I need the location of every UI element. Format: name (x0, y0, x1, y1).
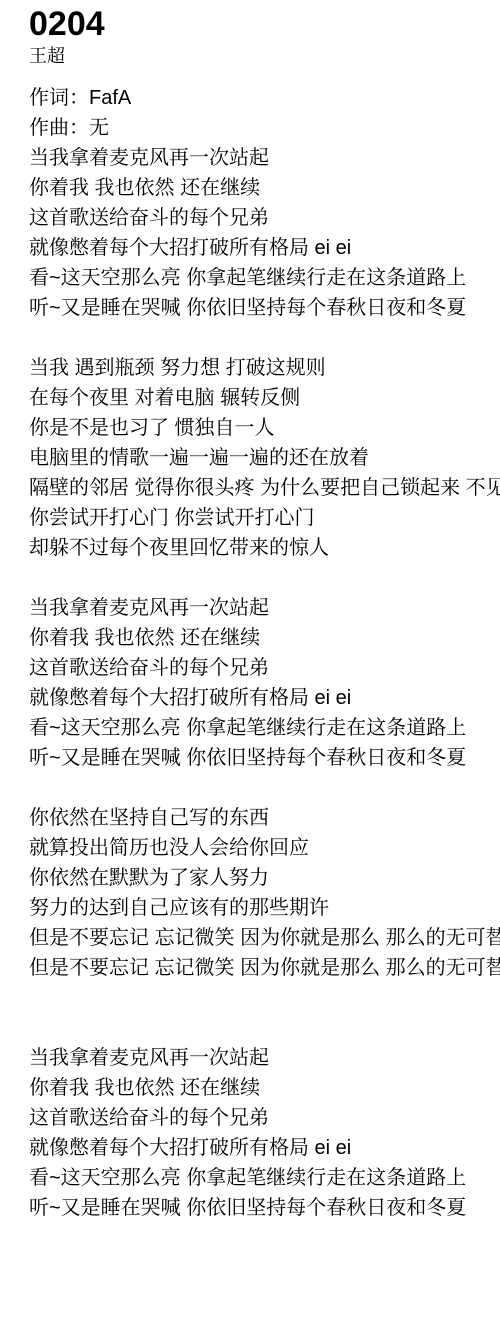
lyric-line: 你着我 我也依然 还在继续 (29, 173, 500, 203)
lyric-line: 你尝试开打心门 你尝试开打心门 (29, 503, 500, 533)
lyric-line: 就像憋着每个大招打破所有格局 ei ei (29, 1133, 500, 1163)
lyric-line: 当我 遇到瓶颈 努力想 打破这规则 (29, 353, 500, 383)
lyric-line: 却躲不过每个夜里回忆带来的惊人 (29, 533, 500, 563)
lyric-line: 听~又是睡在哭喊 你依旧坚持每个春秋日夜和冬夏 (29, 1193, 500, 1223)
lyric-line: 看~这天空那么亮 你拿起笔继续行走在这条道路上 (29, 263, 500, 293)
lyric-line: 电脑里的情歌一遍一遍一遍的还在放着 (29, 443, 500, 473)
lyricist-line: 作词：FafA (29, 83, 500, 113)
stanza: 当我拿着麦克风再一次站起你着我 我也依然 还在继续这首歌送给奋斗的每个兄弟就像憋… (29, 593, 500, 773)
lyric-line: 你是不是也习了 惯独自一人 (29, 413, 500, 443)
lyric-line: 你依然在默默为了家人努力 (29, 863, 500, 893)
lyric-line: 当我拿着麦克风再一次站起 (29, 593, 500, 623)
lyric-line: 听~又是睡在哭喊 你依旧坚持每个春秋日夜和冬夏 (29, 293, 500, 323)
lyric-line: 就像憋着每个大招打破所有格局 ei ei (29, 683, 500, 713)
lyric-line: 但是不要忘记 忘记微笑 因为你就是那么 那么的无可替 (29, 923, 500, 953)
lyric-line: 听~又是睡在哭喊 你依旧坚持每个春秋日夜和冬夏 (29, 743, 500, 773)
lyrics-page: 0204 王超 作词：FafA 作曲：无 当我拿着麦克风再一次站起你着我 我也依… (0, 0, 500, 1223)
composer-line: 作曲：无 (29, 113, 500, 143)
lyric-line: 努力的达到自己应该有的那些期许 (29, 893, 500, 923)
lyric-line: 就算投出简历也没人会给你回应 (29, 833, 500, 863)
stanza: 当我 遇到瓶颈 努力想 打破这规则在每个夜里 对着电脑 辗转反侧你是不是也习了 … (29, 353, 500, 563)
artist-name: 王超 (29, 44, 500, 68)
song-meta: 作词：FafA 作曲：无 (29, 83, 500, 143)
lyric-line: 你着我 我也依然 还在继续 (29, 623, 500, 653)
lyric-line: 看~这天空那么亮 你拿起笔继续行走在这条道路上 (29, 1163, 500, 1193)
stanza: 当我拿着麦克风再一次站起你着我 我也依然 还在继续这首歌送给奋斗的每个兄弟就像憋… (29, 1043, 500, 1223)
lyric-line: 当我拿着麦克风再一次站起 (29, 143, 500, 173)
lyric-line: 你依然在坚持自己写的东西 (29, 803, 500, 833)
lyric-line: 但是不要忘记 忘记微笑 因为你就是那么 那么的无可替 (29, 953, 500, 983)
lyrics: 当我拿着麦克风再一次站起你着我 我也依然 还在继续这首歌送给奋斗的每个兄弟就像憋… (29, 143, 500, 1223)
lyric-line: 在每个夜里 对着电脑 辗转反侧 (29, 383, 500, 413)
stanza: 当我拿着麦克风再一次站起你着我 我也依然 还在继续这首歌送给奋斗的每个兄弟就像憋… (29, 143, 500, 323)
page-title: 0204 (29, 2, 500, 44)
lyric-line: 你着我 我也依然 还在继续 (29, 1073, 500, 1103)
lyric-line: 隔壁的邻居 觉得你很头疼 为什么要把自己锁起来 不见 (29, 473, 500, 503)
lyric-line: 当我拿着麦克风再一次站起 (29, 1043, 500, 1073)
lyric-line: 这首歌送给奋斗的每个兄弟 (29, 653, 500, 683)
lyric-line: 这首歌送给奋斗的每个兄弟 (29, 1103, 500, 1133)
lyric-line: 这首歌送给奋斗的每个兄弟 (29, 203, 500, 233)
stanza: 你依然在坚持自己写的东西就算投出简历也没人会给你回应你依然在默默为了家人努力努力… (29, 803, 500, 983)
lyric-line: 看~这天空那么亮 你拿起笔继续行走在这条道路上 (29, 713, 500, 743)
lyric-line: 就像憋着每个大招打破所有格局 ei ei (29, 233, 500, 263)
